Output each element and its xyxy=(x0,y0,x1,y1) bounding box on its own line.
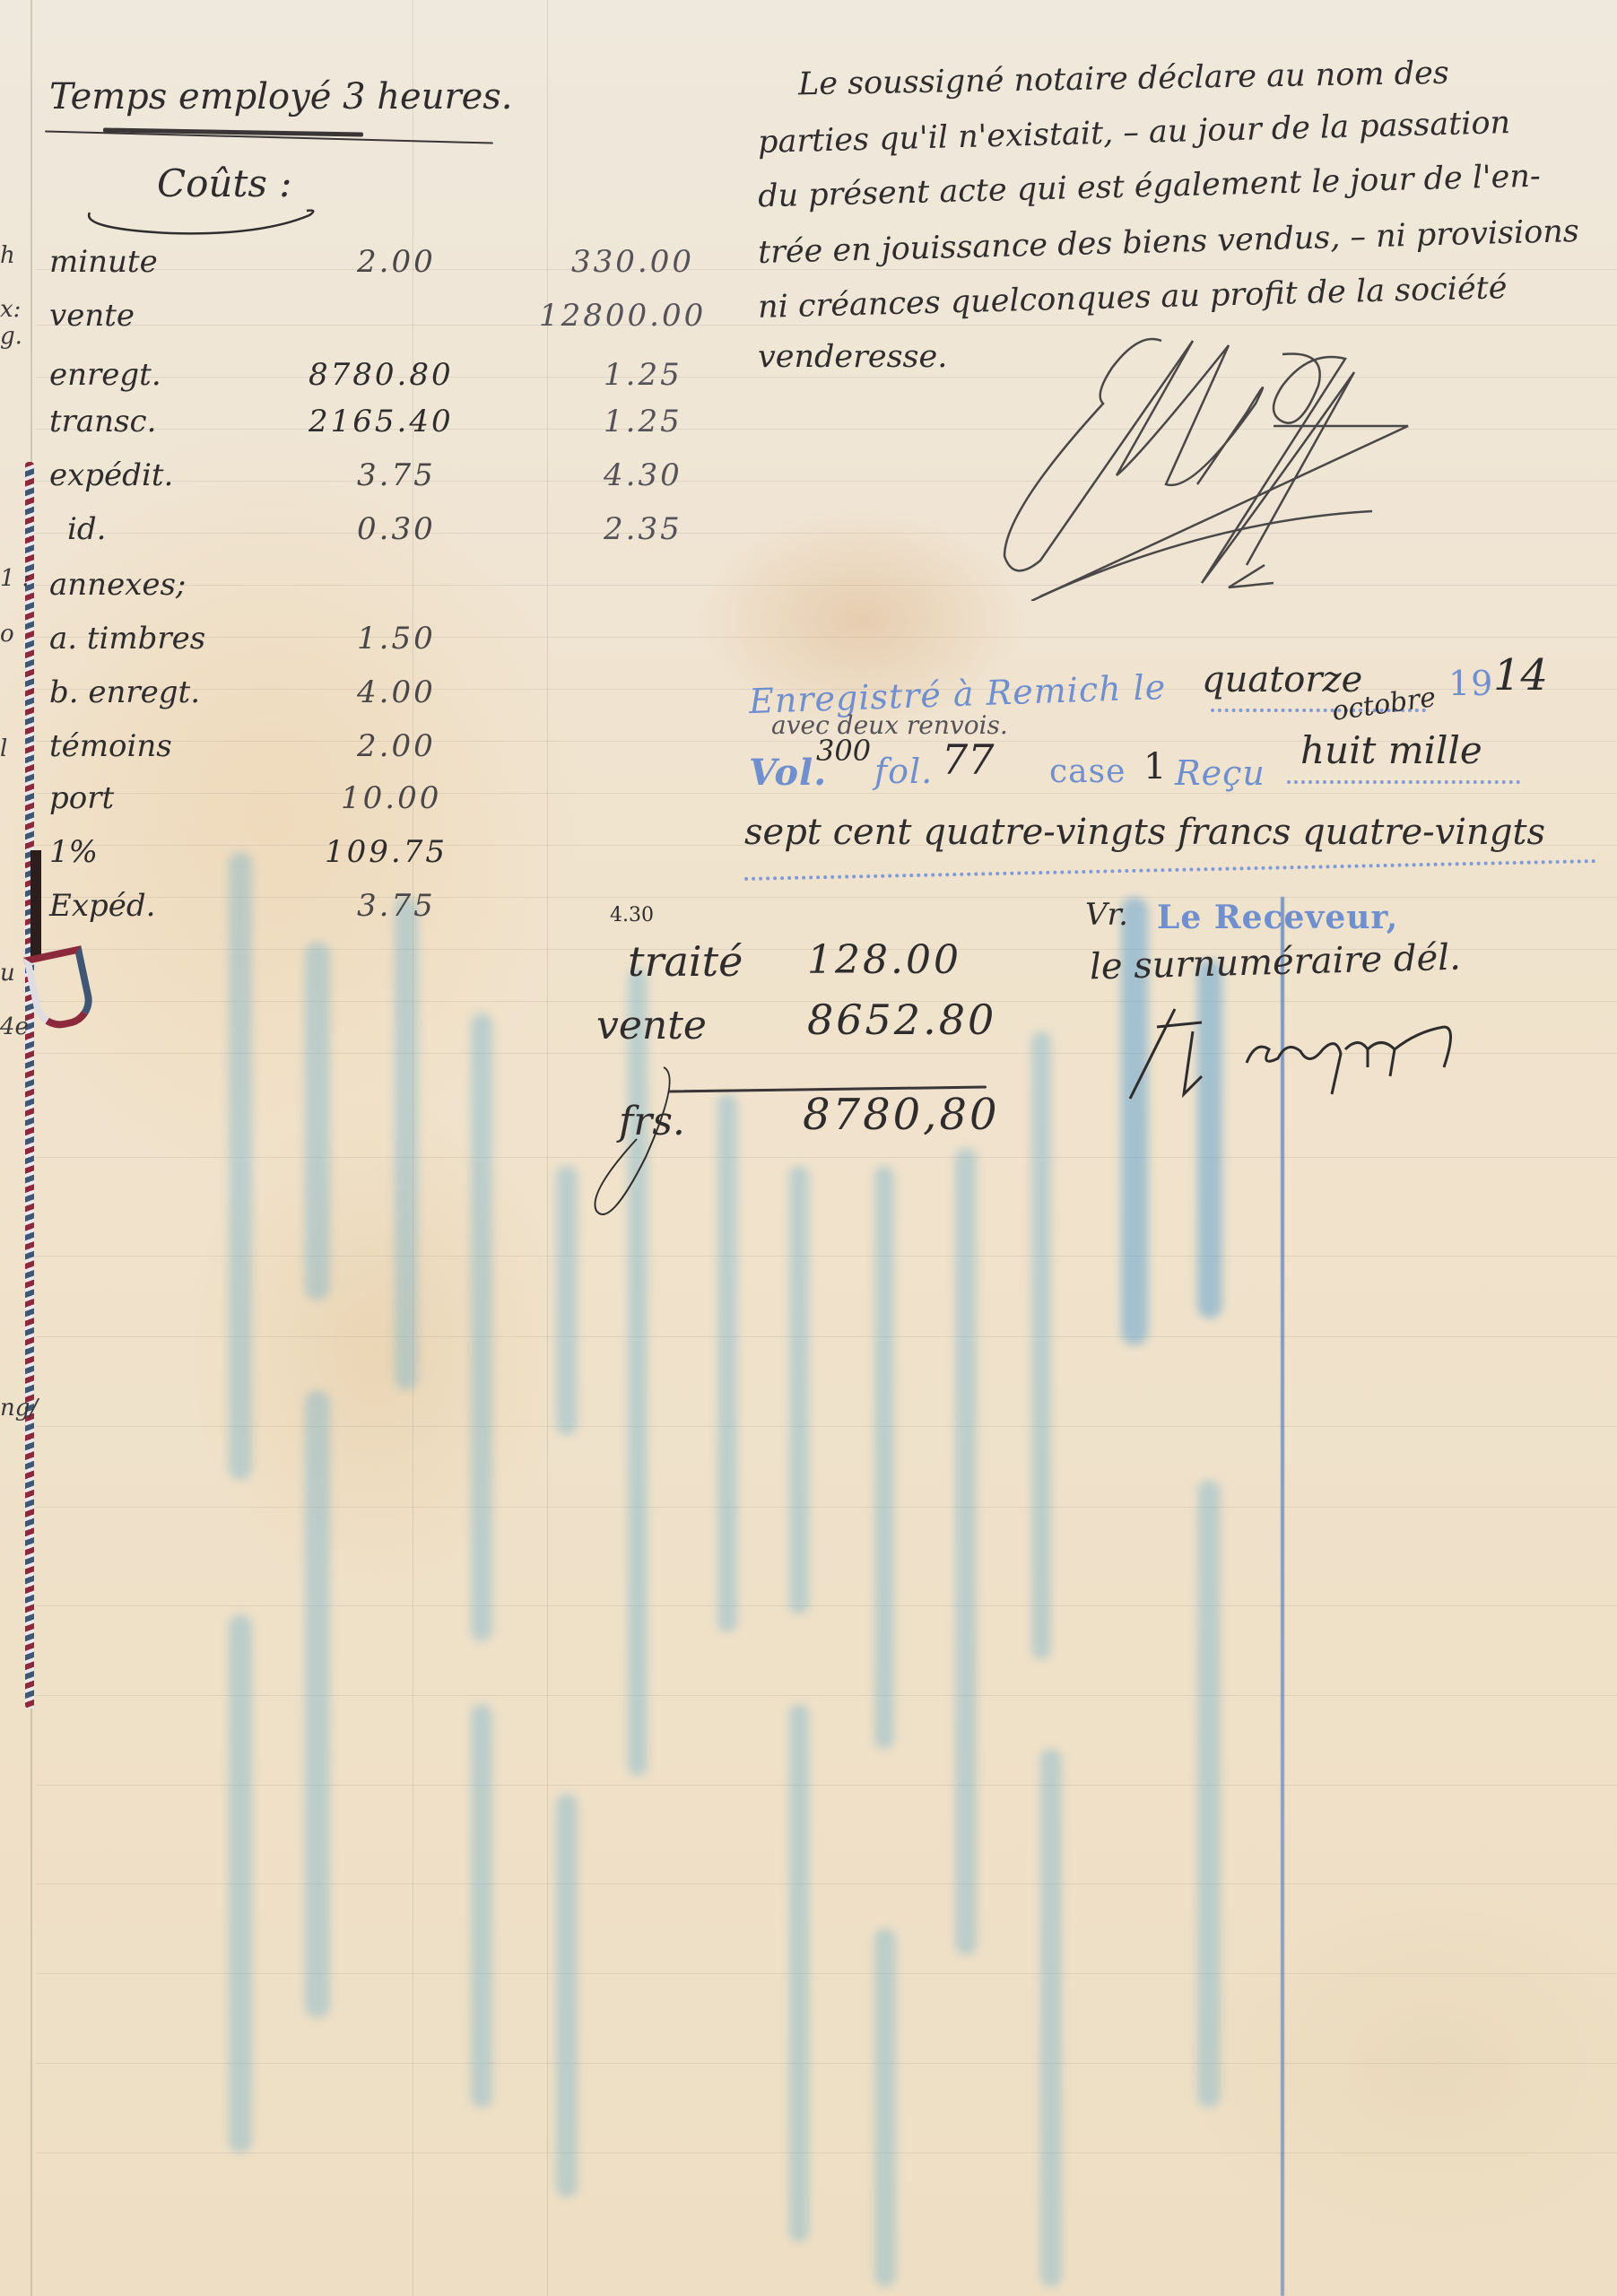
cost-item-amount: 2.00 xyxy=(357,728,436,764)
cost-item-amount: 4.00 xyxy=(357,674,436,710)
tax-total-flourish xyxy=(583,1058,673,1238)
tax-row-label: vente xyxy=(596,1003,707,1048)
column-rule xyxy=(547,0,548,2296)
registration-amount-words-1: huit mille xyxy=(1300,728,1482,772)
cost-item-total: 1.25 xyxy=(604,404,682,439)
cost-item-amount: 8780.80 xyxy=(309,357,454,393)
registration-amount-words-2: sept cent quatre-vingts francs quatre-vi… xyxy=(744,812,1545,853)
cost-item-label: 1% xyxy=(49,834,98,870)
cost-item-amount: 3.75 xyxy=(357,888,436,924)
registration-folio: 77 xyxy=(942,735,995,784)
cost-item-label: transc. xyxy=(49,404,156,439)
tax-row-value: 8652.80 xyxy=(807,996,996,1044)
cost-item-total: 12800.00 xyxy=(539,298,706,334)
tax-total-value: 8780,80 xyxy=(803,1090,1000,1140)
registration-volume: 300 xyxy=(816,734,871,768)
cost-item-total: 330.00 xyxy=(571,244,694,280)
stamp-dotted-line xyxy=(1287,780,1520,784)
notary-signature xyxy=(987,314,1453,601)
cost-item-label: port xyxy=(49,780,114,816)
cost-item-amount: 1.50 xyxy=(357,621,436,657)
tax-note: 4.30 xyxy=(610,904,654,926)
declaration-line: du présent acte qui est également le jou… xyxy=(758,159,1542,215)
stamp-received-label: Reçu xyxy=(1175,753,1265,793)
registration-year: 14 xyxy=(1493,650,1548,700)
cost-item-label: minute xyxy=(49,244,158,280)
cost-item-label: Expéd. xyxy=(49,888,155,924)
cost-item-label: a. timbres xyxy=(49,621,205,657)
tax-row-label: traité xyxy=(628,937,743,986)
registration-case: 1 xyxy=(1143,746,1166,787)
cost-item-amount: 2.00 xyxy=(357,244,436,280)
declaration-line: venderesse. xyxy=(758,339,947,375)
stamp-fol-label: fol. xyxy=(874,752,933,791)
tax-row-value: 128.00 xyxy=(807,937,961,983)
declaration-line: Le soussigné notaire déclare au nom des xyxy=(798,56,1449,103)
cost-item-label: id. xyxy=(67,511,106,547)
declaration-line: trée en jouissance des biens vendus, – n… xyxy=(758,213,1580,271)
cost-item-label: témoins xyxy=(49,728,172,764)
cost-item-amount: 0.30 xyxy=(357,511,436,547)
document-page: h x: g. 1 : o l u 4e ng/ Temps employé 3… xyxy=(0,0,1617,2296)
declaration-line: parties qu'il n'existait, – au jour de l… xyxy=(758,105,1511,161)
cost-item-total: 4.30 xyxy=(604,457,682,493)
cost-item-amount: 2165.40 xyxy=(309,404,454,439)
binding-cord xyxy=(25,462,34,1709)
cost-item-amount: 109.75 xyxy=(325,834,448,870)
binding-tab xyxy=(30,850,41,958)
receiver-prefix: Vr. xyxy=(1085,897,1128,933)
costs-heading-flourish xyxy=(81,193,323,238)
binding-cord-loop xyxy=(23,945,97,1033)
receiver-role: le surnuméraire dél. xyxy=(1089,937,1461,988)
cost-item-amount: 10.00 xyxy=(341,780,441,816)
cost-item-label: annexes; xyxy=(49,567,186,603)
cost-item-amount: 3.75 xyxy=(357,457,436,493)
cost-item-label: b. enregt. xyxy=(49,674,200,710)
stamp-year-prefix: 19 xyxy=(1448,664,1493,703)
stamp-dotted-line xyxy=(744,859,1596,881)
receiver-signature xyxy=(1121,987,1587,1121)
cost-item-total: 1.25 xyxy=(604,357,682,393)
time-spent-heading: Temps employé 3 heures. xyxy=(49,76,512,117)
receiver-label: Le Receveur, xyxy=(1157,899,1398,936)
cost-item-label: enregt. xyxy=(49,357,161,393)
cost-item-label: expédit. xyxy=(49,457,173,493)
cost-item-total: 2.35 xyxy=(604,511,682,547)
cost-item-label: vente xyxy=(49,298,135,334)
stamp-case-label: case xyxy=(1049,753,1126,790)
